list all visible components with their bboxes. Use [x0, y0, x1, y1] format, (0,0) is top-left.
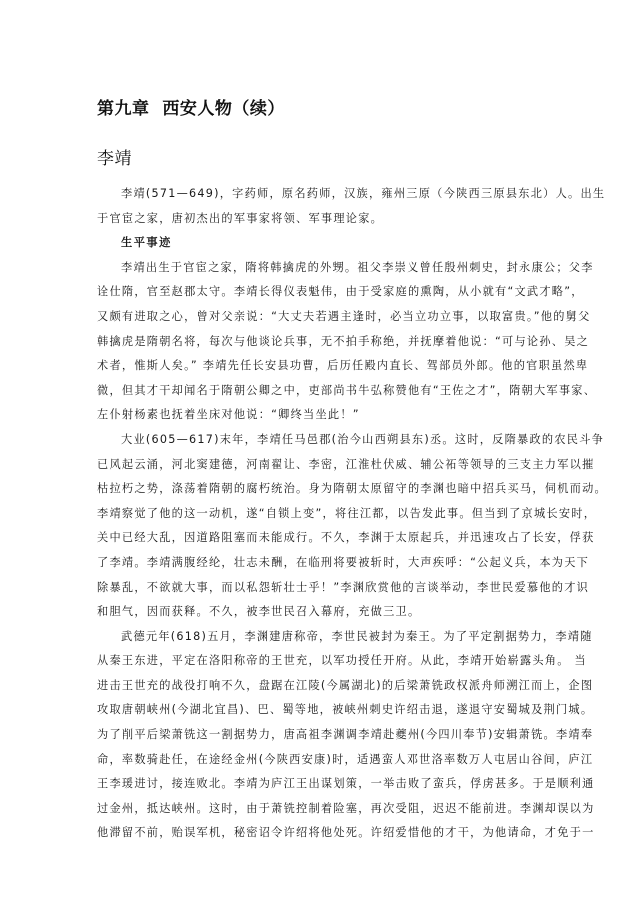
text-line: 于官宦之家，唐初杰出的军事家将领、军事理论家。 [97, 207, 545, 232]
text-line: 关中已经大乱，因道路阻塞而未能成行。不久，李渊于太原起兵，并迅速攻占了长安，俘获 [97, 526, 545, 551]
text-line: 韩擒虎是隋朝名将，每次与他谈论兵事，无不拍手称绝，并抚摩着他说：“可与论孙、吴之 [97, 330, 545, 355]
text-line: 王李瑗进讨，接连败北。李靖为庐江王出谋划策，一举击败了蛮兵，俘虏甚多。于是顺利通 [97, 772, 545, 797]
text-line: 微，但其才干却闻名于隋朝公卿之中，吏部尚书牛弘称赞他有“王佐之才”，隋朝大军事家… [97, 379, 545, 404]
text-line: 进击王世充的战役打响不久，盘踞在江陵(今属湖北)的后梁萧铣政权派舟师溯江而上，企… [97, 674, 545, 699]
text-line: 他滞留不前，贻误军机，秘密诏令许绍将他处死。许绍爱惜他的才干，为他请命，才免于一 [97, 821, 545, 846]
section-heading-person-name: 李靖 [97, 144, 132, 169]
text-line: 术者，惟斯人矣。” 李靖先任长安县功曹，后历任殿内直长、驾部员外郎。他的官职虽然… [97, 354, 545, 379]
text-line: 李靖察觉了他的这一动机，遂“自锁上变”，将往江都，以告发此事。但当到了京城长安时… [97, 502, 545, 527]
text-line: 过金州，抵达峡州。这时，由于萧铣控制着险塞，再次受阻，迟迟不能前进。李渊却误以为 [97, 797, 545, 822]
text-line: 已风起云涌，河北窦建德，河南翟让、李密，江淮杜伏威、辅公祏等领导的三支主力军以摧 [97, 453, 545, 478]
text-line: 攻取唐朝峡州(今湖北宜昌)、巴、蜀等地，被峡州刺史许绍击退，遂退守安蜀城及荆门城… [97, 698, 545, 723]
text-line: 除暴乱，不欲就大事，而以私怨斩壮士乎！”李渊欣赏他的言谈举动，李世民爱慕他的才识 [97, 576, 545, 601]
text-line: 命，率数骑赴任，在途经金州(今陕西安康)时，适遇蛮人邓世洛率数万人屯居山谷间，庐… [97, 748, 545, 773]
document-page: 第九章 西安人物（续） 李靖 李靖(571—649)，字药师，原名药师，汉族，雍… [0, 0, 640, 905]
chapter-title: 第九章 西安人物（续） [97, 94, 285, 119]
text-line: 李靖(571—649)，字药师，原名药师，汉族，雍州三原（今陕西三原县东北）人。… [97, 182, 545, 207]
text-line: 武德元年(618)五月，李渊建唐称帝，李世民被封为秦王。为了平定割据势力，李靖随 [97, 625, 545, 650]
text-line: 大业(605—617)末年，李靖任马邑郡(治今山西朔县东)丞。这时，反隋暴政的农… [97, 428, 545, 453]
text-line: 又颇有进取之心，曾对父亲说：“大丈夫若遇主逢时，必当立功立事，以取富贵。”他的舅… [97, 305, 545, 330]
text-line: 李靖出生于官宦之家，隋将韩擒虎的外甥。祖父李崇义曾任殷州刺史，封永康公；父李 [97, 256, 545, 281]
text-line: 了李靖。李靖满腹经纶，壮志未酬，在临刑将要被斩时，大声疾呼：“公起义兵，本为天下 [97, 551, 545, 576]
text-line: 枯拉朽之势，涤荡着隋朝的腐朽统治。身为隋朝太原留守的李渊也暗中招兵买马，伺机而动… [97, 477, 545, 502]
subheading: 生平事迹 [97, 231, 545, 256]
text-line: 诠仕隋，官至赵郡太守。李靖长得仪表魁伟，由于受家庭的熏陶，从小就有“文武才略”， [97, 280, 545, 305]
text-line: 和胆气，因而获释。不久，被李世民召入幕府，充做三卫。 [97, 600, 545, 625]
body-text: 李靖(571—649)，字药师，原名药师，汉族，雍州三原（今陕西三原县东北）人。… [97, 182, 545, 846]
text-line: 左仆射杨素也抚着坐床对他说：“卿终当坐此！” [97, 403, 545, 428]
text-line: 从秦王东进，平定在洛阳称帝的王世充，以军功授任开府。从此，李靖开始崭露头角。 当 [97, 649, 545, 674]
text-line: 为了削平后梁萧铣这一割据势力，唐高祖李渊调李靖赴夔州(今四川奉节)安辑萧铣。李靖… [97, 723, 545, 748]
